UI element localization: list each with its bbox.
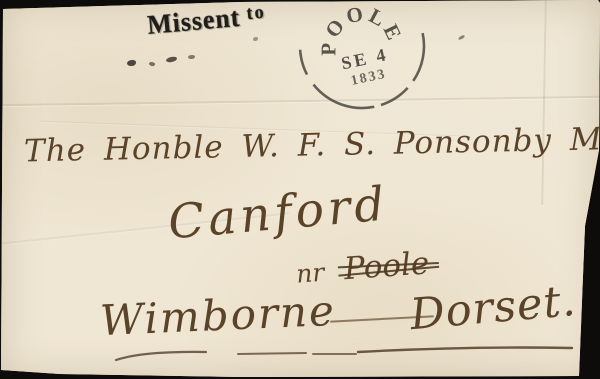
near-abbreviation: nr	[295, 258, 325, 289]
underline-flourish	[108, 338, 578, 368]
missent-handstamp: Missentto	[146, 0, 267, 41]
ink-smudge	[148, 61, 155, 67]
ink-smudge	[458, 35, 466, 41]
missent-to-word: to	[246, 2, 267, 25]
letter-sheet: Missentto POOLE SE 4 1833 The Honble W. …	[0, 0, 600, 379]
address-town: Wimborne	[99, 286, 337, 345]
address-county: Dorset.	[408, 276, 578, 340]
ink-smudge	[166, 56, 178, 62]
address-near-poole-line: nrPoole	[295, 245, 430, 290]
struck-through-poole: Poole	[343, 245, 431, 287]
address-recipient-line: The Honble W. F. S. Ponsonby M.P.	[24, 121, 600, 170]
address-house-line: Canford	[166, 176, 390, 250]
cover-photo: Missentto POOLE SE 4 1833 The Honble W. …	[0, 0, 600, 379]
ink-smudge	[127, 60, 136, 66]
circular-datestamp: POOLE SE 4 1833	[267, 0, 457, 141]
ink-smudge	[188, 55, 195, 59]
ink-smudge	[253, 37, 258, 41]
fold-crease-vertical	[541, 0, 547, 205]
missent-word: Missent	[146, 2, 241, 40]
